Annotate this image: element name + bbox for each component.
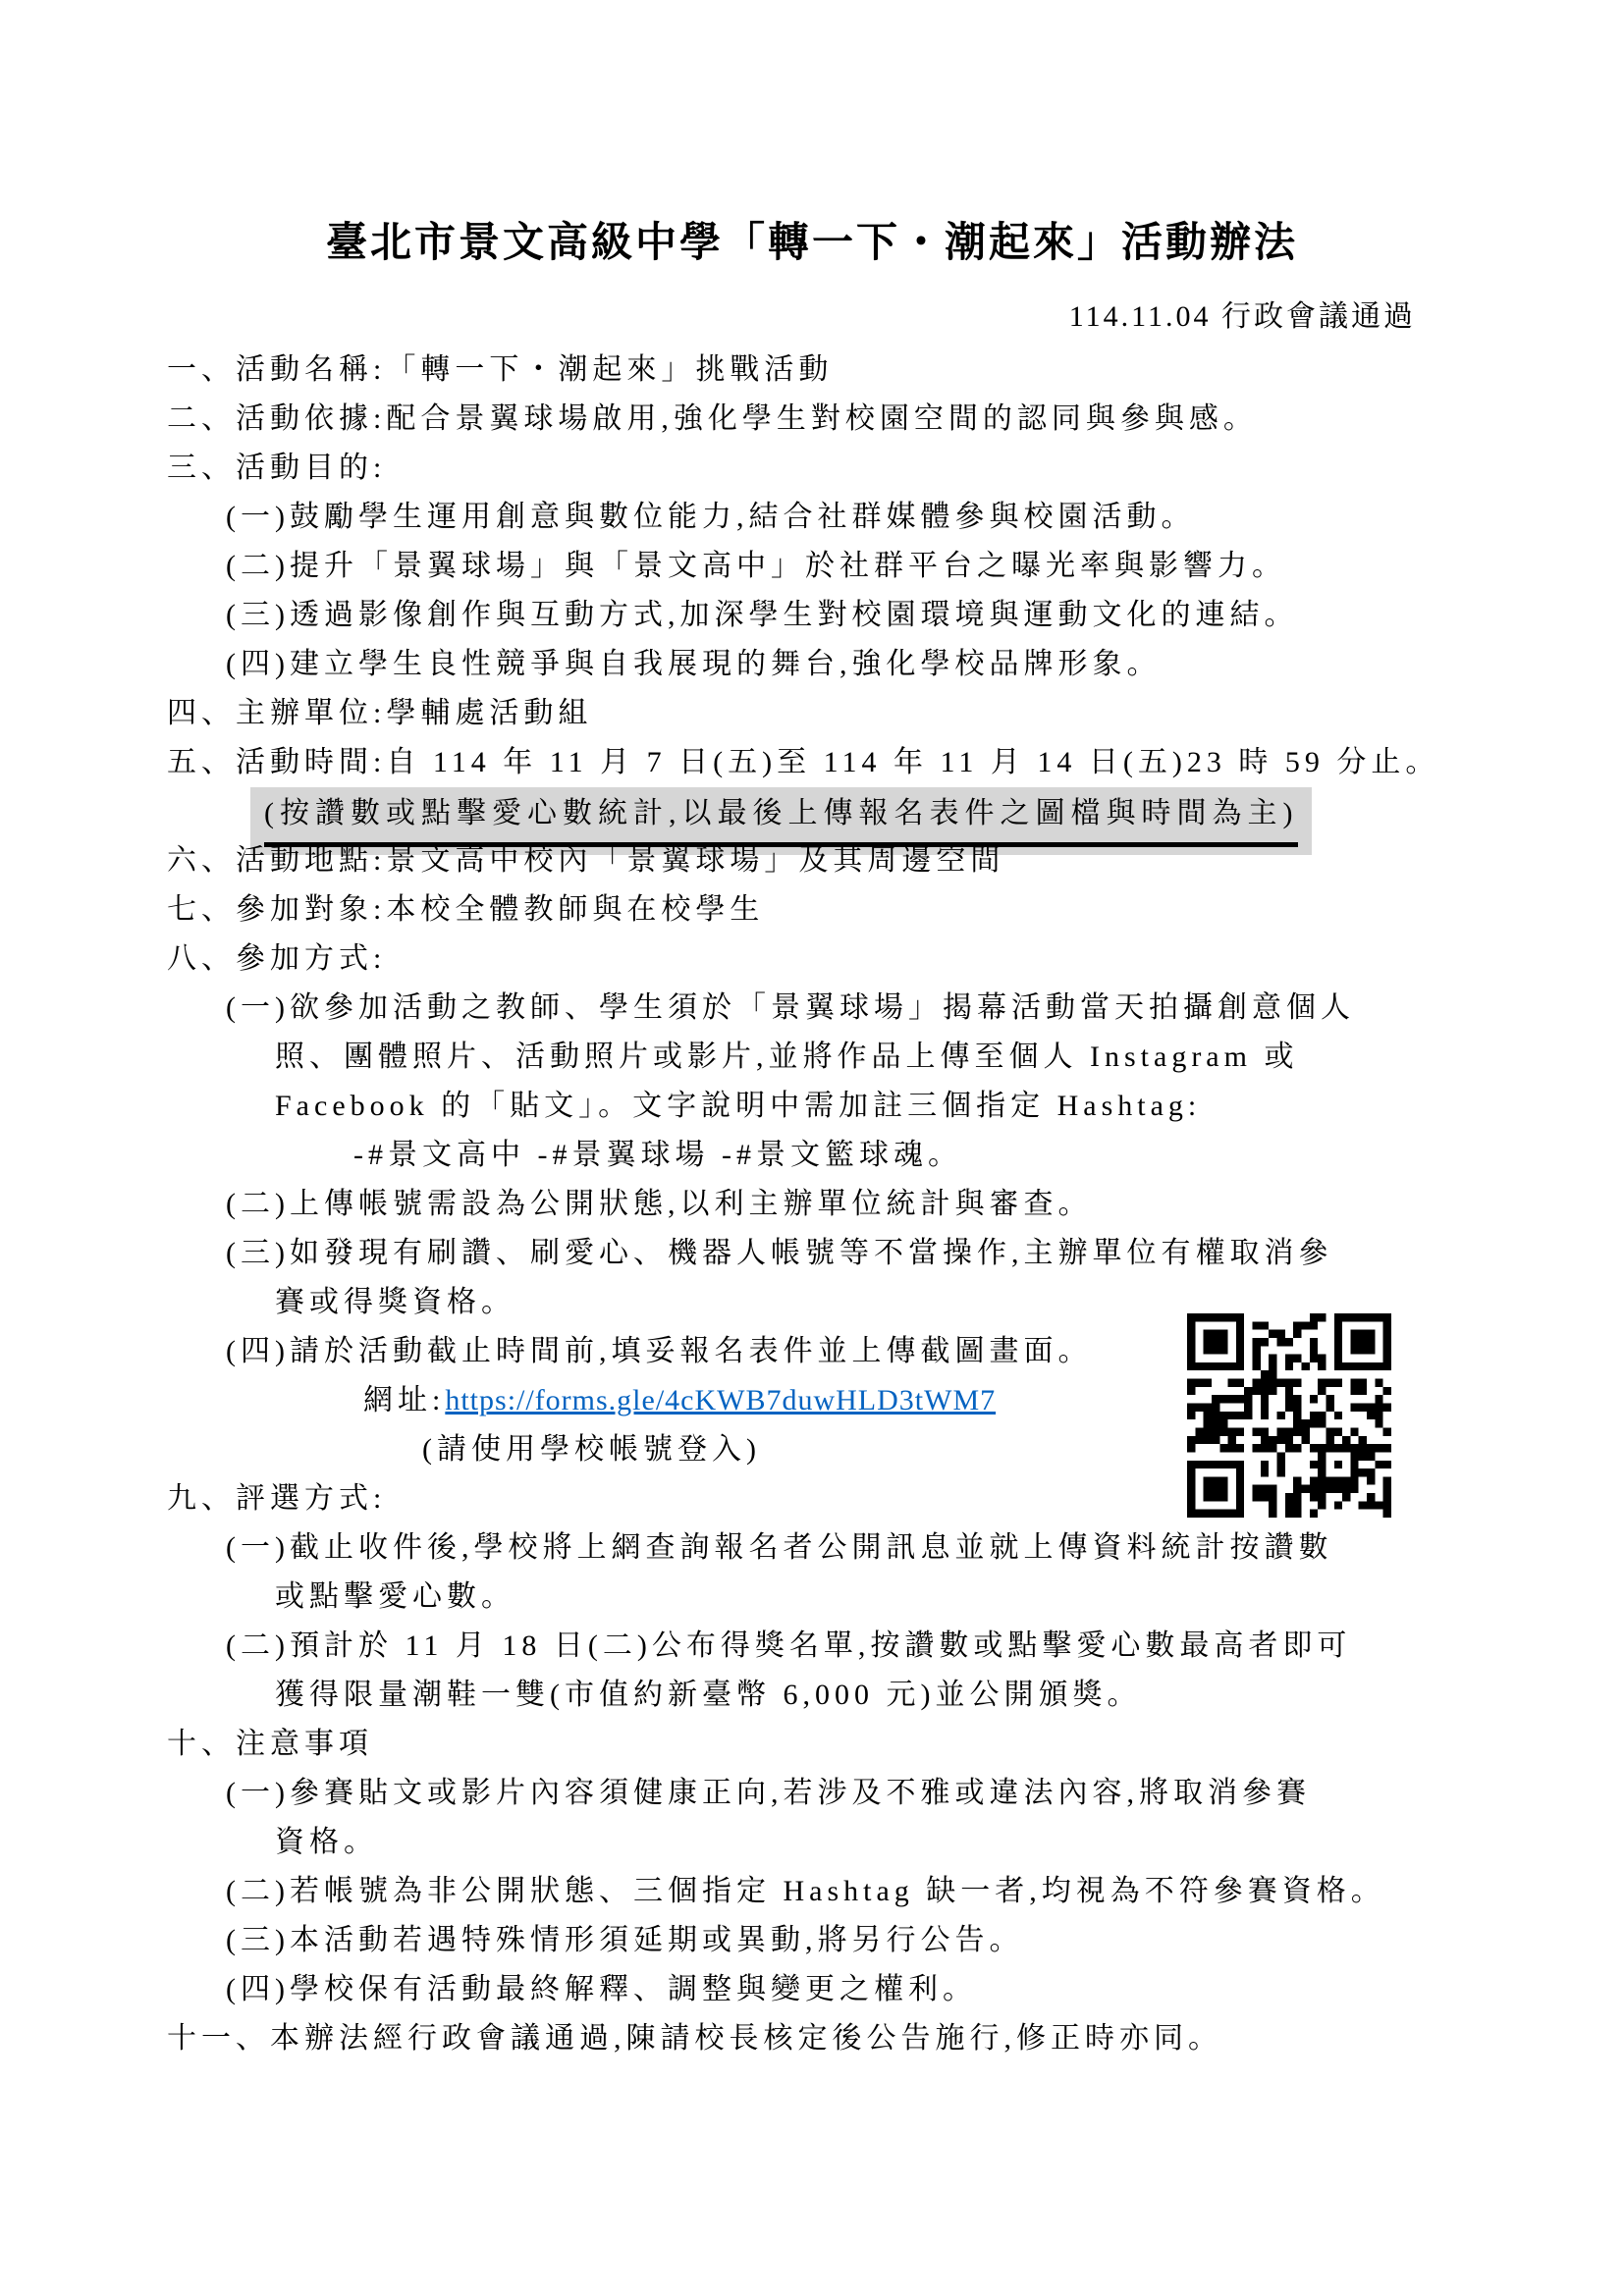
doc-line: (三)透過影像創作與互動方式,加深學生對校園環境與運動文化的連結。: [226, 591, 1298, 640]
doc-line: 五、活動時間:自 114 年 11 月 7 日(五)至 114 年 11 月 1…: [167, 738, 1439, 787]
doc-line: 二、活動依據:配合景翼球場啟用,強化學生對校園空間的認同與參與感。: [167, 395, 1258, 444]
doc-line: 賽或得獎資格。: [275, 1278, 515, 1327]
doc-line: 八、參加方式:: [167, 934, 386, 984]
doc-line: 十、注意事項: [167, 1720, 373, 1769]
doc-line: (四)學校保有活動最終解釋、調整與變更之權利。: [226, 1965, 977, 2014]
doc-line: 或點擊愛心數。: [275, 1573, 515, 1622]
doc-line: (一)鼓勵學生運用創意與數位能力,結合社群媒體參與校園活動。: [226, 493, 1195, 542]
doc-line: 獲得限量潮鞋一雙(市值約新臺幣 6,000 元)並公開頒獎。: [275, 1671, 1141, 1720]
doc-line: 七、參加對象:本校全體教師與在校學生: [167, 885, 764, 934]
url-label: 網址:: [363, 1384, 445, 1416]
doc-line: 十一、本辦法經行政會議通過,陳請校長核定後公告施行,修正時亦同。: [167, 2014, 1222, 2063]
doc-line: 照、團體照片、活動照片或影片,並將作品上傳至個人 Instagram 或: [275, 1033, 1298, 1082]
doc-line: Facebook 的「貼文」。文字說明中需加註三個指定 Hashtag:: [275, 1082, 1201, 1131]
approval-date: 114.11.04 行政會議通過: [1069, 293, 1416, 342]
page-title: 臺北市景文高級中學「轉一下・潮起來」活動辦法: [0, 214, 1624, 273]
doc-line: (一)參賽貼文或影片內容須健康正向,若涉及不雅或違法內容,將取消參賽: [226, 1769, 1311, 1818]
doc-line: (一)欲參加活動之教師、學生須於「景翼球場」揭幕活動當天拍攝創意個人: [226, 984, 1355, 1033]
registration-form-link[interactable]: https://forms.gle/4cKWB7duwHLD3tWM7: [445, 1384, 996, 1416]
doc-line: (請使用學校帳號登入): [422, 1425, 761, 1474]
doc-line: (二)預計於 11 月 18 日(二)公布得獎名單,按讚數或點擊愛心數最高者即可: [226, 1622, 1351, 1671]
doc-line: (二)若帳號為非公開狀態、三個指定 Hashtag 缺一者,均視為不符參賽資格。: [226, 1867, 1385, 1916]
doc-line: -#景文高中 -#景翼球場 -#景文籃球魂。: [353, 1131, 962, 1180]
doc-line: 一、活動名稱:「轉一下・潮起來」挑戰活動: [167, 346, 833, 395]
doc-line: 資格。: [275, 1818, 378, 1867]
doc-line: (三)本活動若遇特殊情形須延期或異動,將另行公告。: [226, 1916, 1023, 1965]
form-url-line: 網址:https://forms.gle/4cKWB7duwHLD3tWM7: [363, 1376, 996, 1425]
doc-line: (一)截止收件後,學校將上網查詢報名者公開訊息並就上傳資料統計按讚數: [226, 1523, 1332, 1573]
doc-line: (二)上傳帳號需設為公開狀態,以利主辦單位統計與審查。: [226, 1180, 1092, 1229]
doc-line: 四、主辦單位:學輔處活動組: [167, 689, 592, 738]
doc-line: (三)如發現有刷讚、刷愛心、機器人帳號等不當操作,主辦單位有權取消參: [226, 1229, 1332, 1278]
doc-line: (四)請於活動截止時間前,填妥報名表件並上傳截圖畫面。: [226, 1327, 1092, 1376]
doc-line: 九、評選方式:: [167, 1474, 386, 1523]
doc-line: (四)建立學生良性競爭與自我展現的舞台,強化學校品牌形象。: [226, 640, 1161, 689]
qr-code: [1187, 1313, 1391, 1518]
doc-line: 三、活動目的:: [167, 444, 386, 493]
highlight-note-line: (按讚數或點擊愛心數統計,以最後上傳報名表件之圖檔與時間為主): [250, 787, 1312, 836]
doc-line: 六、活動地點:景文高中校內「景翼球場」及其周邊空間: [167, 836, 1004, 885]
doc-line: (二)提升「景翼球場」與「景文高中」於社群平台之曝光率與影響力。: [226, 542, 1286, 591]
